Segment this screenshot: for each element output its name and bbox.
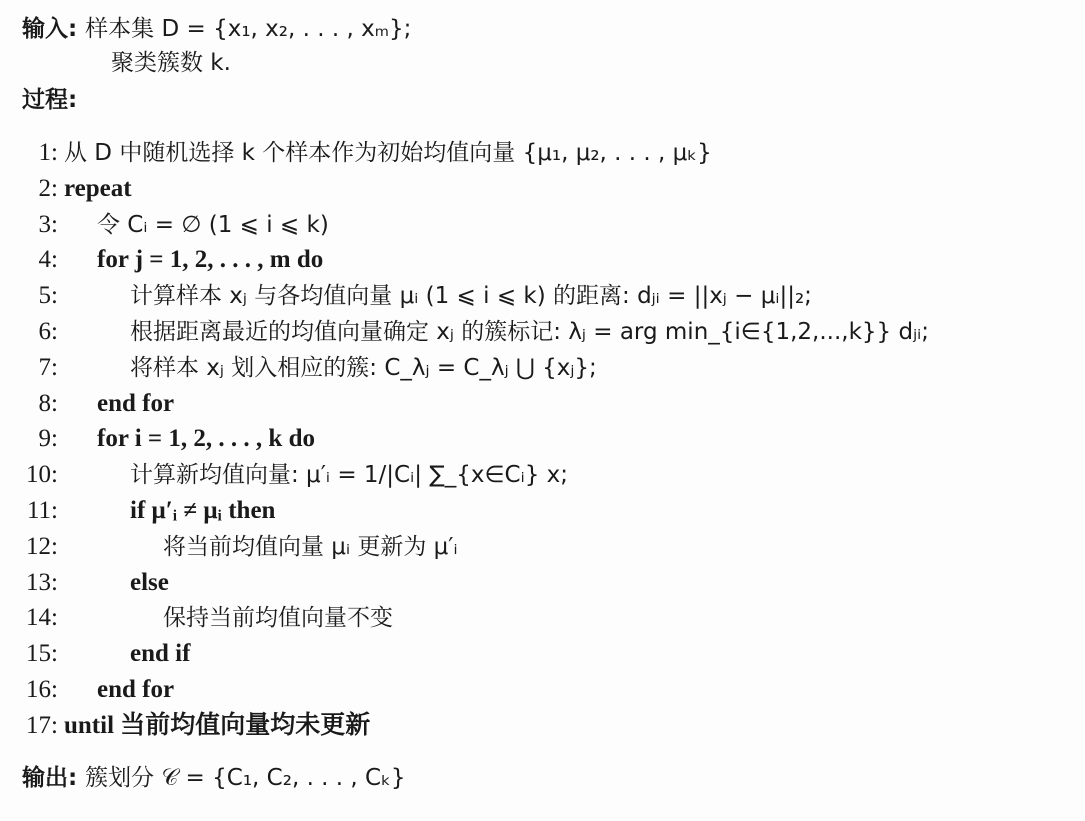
line-number: 3: bbox=[0, 208, 58, 242]
line-number: 11: bbox=[0, 494, 58, 528]
line-content: end if bbox=[130, 637, 190, 671]
line-content: 将当前均值向量 μᵢ 更新为 μ′ᵢ bbox=[163, 530, 458, 564]
line-number: 8: bbox=[0, 387, 58, 421]
line-content: for j = 1, 2, . . . , m do bbox=[97, 243, 323, 277]
input-line-2: 聚类簇数 k. bbox=[111, 45, 231, 79]
process-label: 过程: bbox=[22, 87, 77, 113]
line-content: for i = 1, 2, . . . , k do bbox=[97, 422, 315, 456]
line-content: end for bbox=[97, 673, 174, 707]
process-heading: 过程: bbox=[22, 82, 77, 116]
output-label: 输出: bbox=[22, 765, 77, 791]
line-content: until 当前均值向量均未更新 bbox=[64, 709, 370, 743]
line-number: 16: bbox=[0, 673, 58, 707]
line-content: 根据距离最近的均值向量确定 xⱼ 的簇标记: λⱼ = arg min_{i∈{… bbox=[130, 315, 929, 349]
line-number: 2: bbox=[0, 172, 58, 206]
line-number: 4: bbox=[0, 243, 58, 277]
line-number: 15: bbox=[0, 637, 58, 671]
line-number: 13: bbox=[0, 566, 58, 600]
line-content: 保持当前均值向量不变 bbox=[163, 601, 393, 635]
line-content: 令 Cᵢ = ∅ (1 ⩽ i ⩽ k) bbox=[97, 208, 329, 242]
line-number: 6: bbox=[0, 315, 58, 349]
line-number: 10: bbox=[0, 458, 58, 492]
line-content: 从 D 中随机选择 k 个样本作为初始均值向量 {μ₁, μ₂, . . . ,… bbox=[64, 136, 712, 170]
line-number: 9: bbox=[0, 422, 58, 456]
line-number: 1: bbox=[0, 136, 58, 170]
input-text-2: 聚类簇数 k. bbox=[111, 50, 231, 76]
line-content: repeat bbox=[64, 172, 132, 206]
line-content: if μ′ᵢ ≠ μᵢ then bbox=[130, 494, 275, 528]
line-number: 5: bbox=[0, 279, 58, 313]
line-number: 12: bbox=[0, 530, 58, 564]
input-line-1: 输入: 样本集 D = {x₁, x₂, . . . , xₘ}; bbox=[22, 11, 411, 45]
line-number: 7: bbox=[0, 351, 58, 385]
line-number: 14: bbox=[0, 601, 58, 635]
line-number: 17: bbox=[0, 709, 58, 743]
line-content: 将样本 xⱼ 划入相应的簇: C_λⱼ = C_λⱼ ⋃ {xⱼ}; bbox=[130, 351, 597, 385]
output-text: 簇划分 𝒞 = {C₁, C₂, . . . , Cₖ} bbox=[85, 765, 405, 791]
output-line: 输出: 簇划分 𝒞 = {C₁, C₂, . . . , Cₖ} bbox=[22, 760, 406, 794]
line-content: end for bbox=[97, 387, 174, 421]
line-content: 计算样本 xⱼ 与各均值向量 μᵢ (1 ⩽ i ⩽ k) 的距离: dⱼᵢ =… bbox=[130, 279, 812, 313]
input-label: 输入: bbox=[22, 16, 77, 42]
line-content: else bbox=[130, 566, 169, 600]
input-text-1: 样本集 D = {x₁, x₂, . . . , xₘ}; bbox=[85, 16, 411, 42]
line-content: 计算新均值向量: μ′ᵢ = 1/|Cᵢ| ∑_{x∈Cᵢ} x; bbox=[130, 458, 568, 492]
